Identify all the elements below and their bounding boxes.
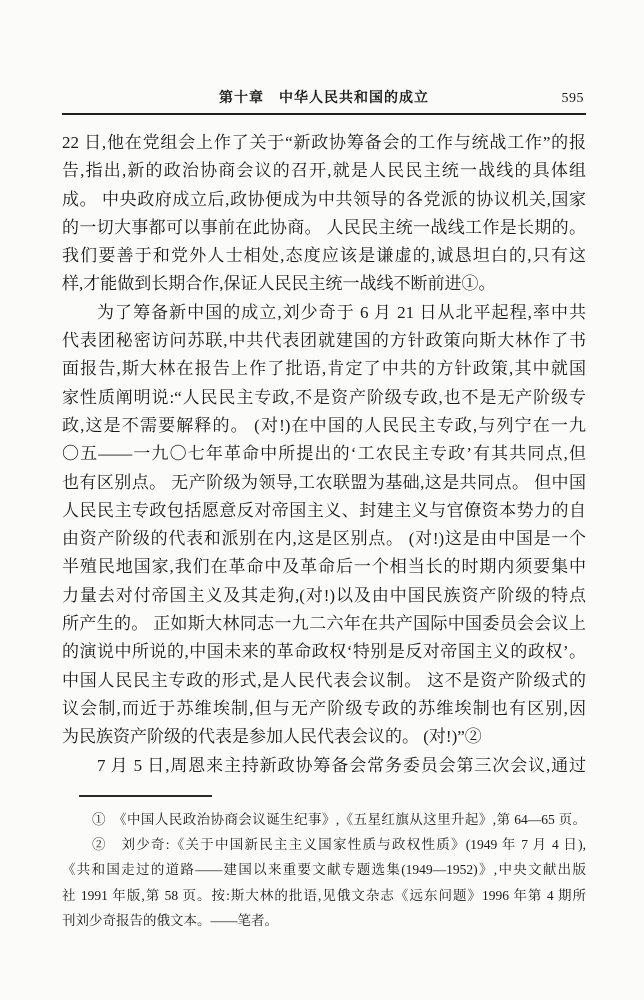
- text-line: 的演说中所说的,中国未来的革命政权‘特别是反对帝国主义的政权’。: [62, 638, 586, 666]
- running-head: 第十章 中华人民共和国的成立 595: [62, 89, 586, 109]
- text-line: 〇五——一九〇七年革命中所提出的‘工农民主专政’有其共同点,但: [62, 440, 586, 468]
- text-line: 中国人民民主专政的形式,是人民代表会议制。 这不是资产阶级式的: [62, 667, 586, 695]
- header-rule: [62, 113, 586, 115]
- text-line: 由资产阶级的代表和派别在内,这是区别点。 (对!)这是由中国是一个: [62, 525, 586, 553]
- text-line: 为民族资产阶级的代表是参加人民代表会议的。 (对!)”②: [62, 723, 586, 751]
- footnote-line: 社 1991 年版,第 58 页。按:斯大林的批语,见俄文杂志《远东问题》199…: [62, 883, 586, 908]
- chapter-title: 第十章 中华人民共和国的成立: [62, 89, 586, 109]
- text-line: 我们要善于和党外人士相处,态度应该是谦虚的,诚恳坦白的,只有这: [62, 242, 586, 270]
- text-line: 家性质阐明说:“人民民主专政,不是资产阶级专政,也不是无产阶级专: [62, 384, 586, 412]
- text-line: 22 日,他在党组会上作了关于“新政协筹备会的工作与统战工作”的报: [62, 129, 586, 157]
- footnotes: ① 《中国人民政治协商会议诞生纪事》,《五星红旗从这里升起》,第 64—65 页…: [62, 807, 586, 933]
- text-line: 7 月 5 日,周恩来主持新政协筹备会常务委员会第三次会议,通过: [62, 752, 586, 780]
- text-line: 政,这是不需要解释的。 (对!)在中国的人民民主专政,与列宁在一九: [62, 412, 586, 440]
- text-line: 告,指出,新的政治协商会议的召开,就是人民民主统一战线的具体组: [62, 157, 586, 185]
- footnote-line: 刊刘少奇报告的俄文本。——笔者。: [62, 908, 586, 933]
- body-text: 22 日,他在党组会上作了关于“新政协筹备会的工作与统战工作”的报告,指出,新的…: [62, 129, 586, 780]
- text-line: 面报告,斯大林在报告上作了批语,肯定了中共的方针政策,其中就国: [62, 355, 586, 383]
- text-line: 的一切大事都可以事前在此协商。 人民民主统一战线工作是长期的。: [62, 214, 586, 242]
- page-number: 595: [562, 89, 585, 109]
- text-line: 也有区别点。 无产阶级为领导,工农联盟为基础,这是共同点。 但中国: [62, 469, 586, 497]
- book-page: 第十章 中华人民共和国的成立 595 22 日,他在党组会上作了关于“新政协筹备…: [0, 0, 644, 1000]
- footnote-line: 《共和国走过的道路——建国以来重要文献专题选集(1949—1952)》,中央文献…: [62, 857, 586, 882]
- text-line: 所产生的。 正如斯大林同志一九二六年在共产国际中国委员会会议上: [62, 610, 586, 638]
- text-line: 半殖民地国家,我们在革命中及革命后一个相当长的时期内须要集中: [62, 553, 586, 581]
- text-line: 成。 中央政府成立后,政协便成为中共领导的各党派的协议机关,国家: [62, 186, 586, 214]
- text-line: 力量去对付帝国主义及其走狗,(对!)以及由中国民族资产阶级的特点: [62, 582, 586, 610]
- footnote-separator: [79, 795, 212, 797]
- footnote-line: ① 《中国人民政治协商会议诞生纪事》,《五星红旗从这里升起》,第 64—65 页…: [62, 807, 586, 832]
- text-line: 代表团秘密访问苏联,中共代表团就建国的方针政策向斯大林作了书: [62, 327, 586, 355]
- text-line: 人民民主专政包括愿意反对帝国主义、封建主义与官僚资本势力的自: [62, 497, 586, 525]
- footnote-line: ② 刘少奇:《关于中国新民主主义国家性质与政权性质》(1949 年 7 月 4 …: [62, 832, 586, 857]
- text-line: 议会制,而近于苏维埃制,但与无产阶级专政的苏维埃制也有区别,因: [62, 695, 586, 723]
- text-line: 样,才能做到长期合作,保证人民民主统一战线不断前进①。: [62, 270, 586, 298]
- text-line: 为了筹备新中国的成立,刘少奇于 6 月 21 日从北平起程,率中共: [62, 299, 586, 327]
